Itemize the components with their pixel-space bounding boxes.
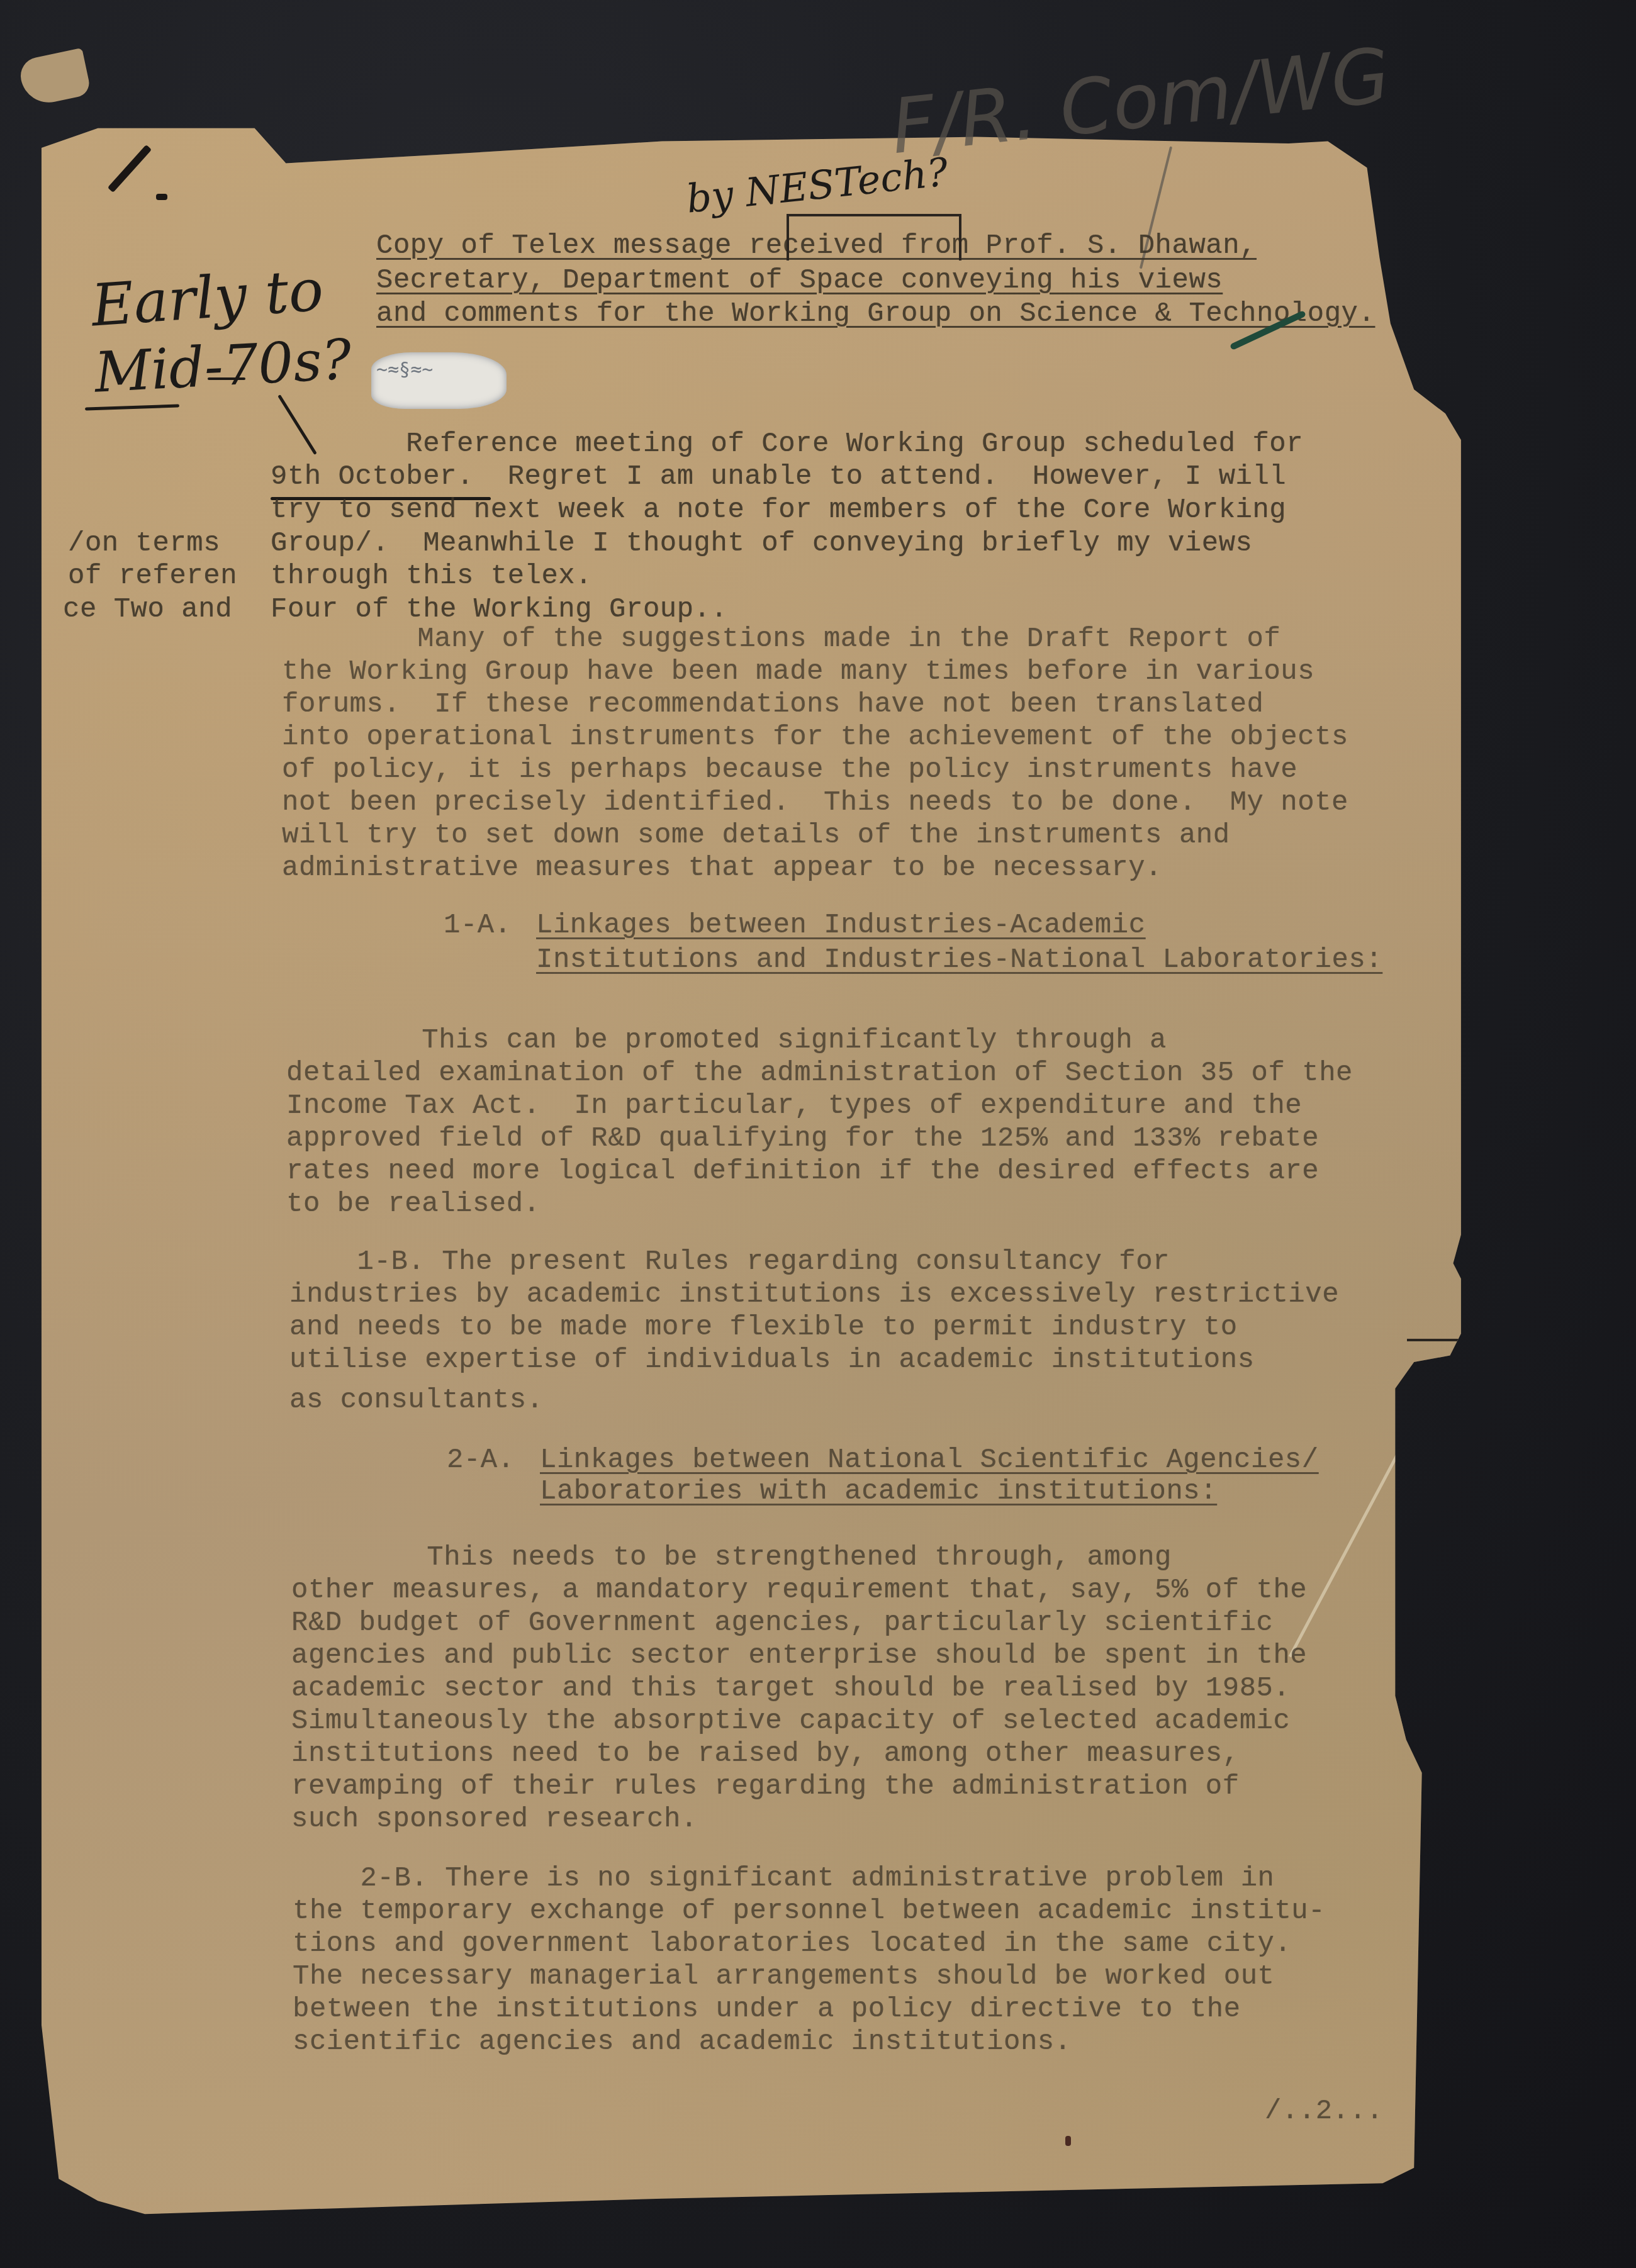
body-line: into operational instruments for the ach…	[282, 721, 1348, 754]
body-line: the temporary exchange of personnel betw…	[293, 1895, 1325, 1928]
body-line: Reference meeting of Core Working Group …	[271, 428, 1303, 461]
body-line: institutions need to be raised by, among…	[291, 1738, 1240, 1770]
body-line: of policy, it is perhaps because the pol…	[282, 754, 1297, 786]
margin-insert-line-1: /on terms	[68, 527, 220, 560]
arrow-right-icon	[208, 377, 245, 380]
body-line: agencies and public sector enterprise sh…	[291, 1640, 1307, 1672]
body-line: try to send next week a note for members…	[271, 494, 1286, 527]
margin-note-line-2: Mid-70s?	[93, 327, 353, 405]
body-line: tions and government laboratories locate…	[293, 1928, 1291, 1960]
body-line: detailed examination of the administrati…	[286, 1057, 1353, 1090]
section-2a-title-1: Linkages between National Scientific Age…	[540, 1444, 1319, 1477]
body-line: between the institutions under a policy …	[293, 1993, 1241, 2026]
body-line: industries by academic institutions is e…	[289, 1278, 1339, 1311]
paper-torn-corner	[17, 48, 91, 108]
body-line: administrative measures that appear to b…	[282, 852, 1162, 885]
body-line: Group/. Meanwhile I thought of conveying…	[271, 527, 1252, 560]
scan-background: F/R. Com/WG by NESTech? Copy of Telex me…	[0, 0, 1636, 2268]
body-line: through this telex.	[271, 560, 592, 593]
section-2a-label: 2-A.	[447, 1444, 515, 1477]
section-1a-title-2: Institutions and Industries-National Lab…	[536, 944, 1382, 976]
body-line: and needs to be made more flexible to pe…	[289, 1311, 1238, 1344]
pen-mark	[156, 194, 167, 200]
section-2a-title-2: Laboratories with academic institutions:	[540, 1475, 1217, 1508]
body-line: the Working Group have been made many ti…	[282, 656, 1314, 688]
body-line: This needs to be strengthened through, a…	[291, 1541, 1172, 1574]
body-line: not been precisely identified. This need…	[282, 786, 1348, 819]
section-1a-label: 1-A.	[444, 909, 512, 942]
margin-insert-line-3: ce Two and	[63, 593, 232, 626]
body-line: academic sector and this target should b…	[291, 1672, 1290, 1705]
page-continuation: /..2...	[1265, 2095, 1383, 2128]
body-line: such sponsored research.	[291, 1803, 698, 1836]
correction-fluid-patch: ~≈§≈~	[371, 352, 507, 409]
body-line: The necessary managerial arrangements sh…	[293, 1960, 1274, 1993]
body-line: This can be promoted significantly throu…	[286, 1024, 1167, 1057]
body-line: to be realised.	[286, 1188, 541, 1221]
obscured-text: ~≈§≈~	[376, 359, 433, 381]
body-line: will try to set down some details of the…	[282, 819, 1230, 852]
body-line: scientific agencies and academic institu…	[293, 2026, 1072, 2059]
body-line: R&D budget of Government agencies, parti…	[291, 1607, 1273, 1640]
body-line: as consultants.	[289, 1384, 544, 1417]
body-line: rates need more logical definition if th…	[286, 1155, 1319, 1188]
body-line: Four of the Working Group..	[271, 593, 727, 626]
body-line: Income Tax Act. In particular, types of …	[286, 1090, 1302, 1122]
body-line: 9th October. Regret I am unable to atten…	[271, 461, 1286, 493]
body-line: 1-B. The present Rules regarding consult…	[289, 1246, 1170, 1278]
received-box-mark	[787, 214, 961, 260]
heading-line-2: Secretary, Department of Space conveying…	[376, 264, 1223, 297]
margin-insert-line-2: of referen	[68, 560, 237, 593]
body-line: approved field of R&D qualifying for the…	[286, 1122, 1319, 1155]
ink-dot	[1065, 2136, 1071, 2146]
body-line: forums. If these recommendations have no…	[282, 688, 1263, 721]
body-line: Simultaneously the absorptive capacity o…	[291, 1705, 1290, 1738]
paper-tear	[1407, 1339, 1552, 1341]
body-line: utilise expertise of individuals in acad…	[289, 1344, 1255, 1377]
body-line: revamping of their rules regarding the a…	[291, 1770, 1240, 1803]
body-line: 2-B. There is no significant administrat…	[293, 1862, 1274, 1895]
body-line: other measures, a mandatory requirement …	[291, 1574, 1307, 1607]
section-1a-title-1: Linkages between Industries-Academic	[536, 909, 1146, 942]
heading-line-3: and comments for the Working Group on Sc…	[376, 298, 1375, 330]
body-line: Many of the suggestions made in the Draf…	[282, 623, 1280, 656]
